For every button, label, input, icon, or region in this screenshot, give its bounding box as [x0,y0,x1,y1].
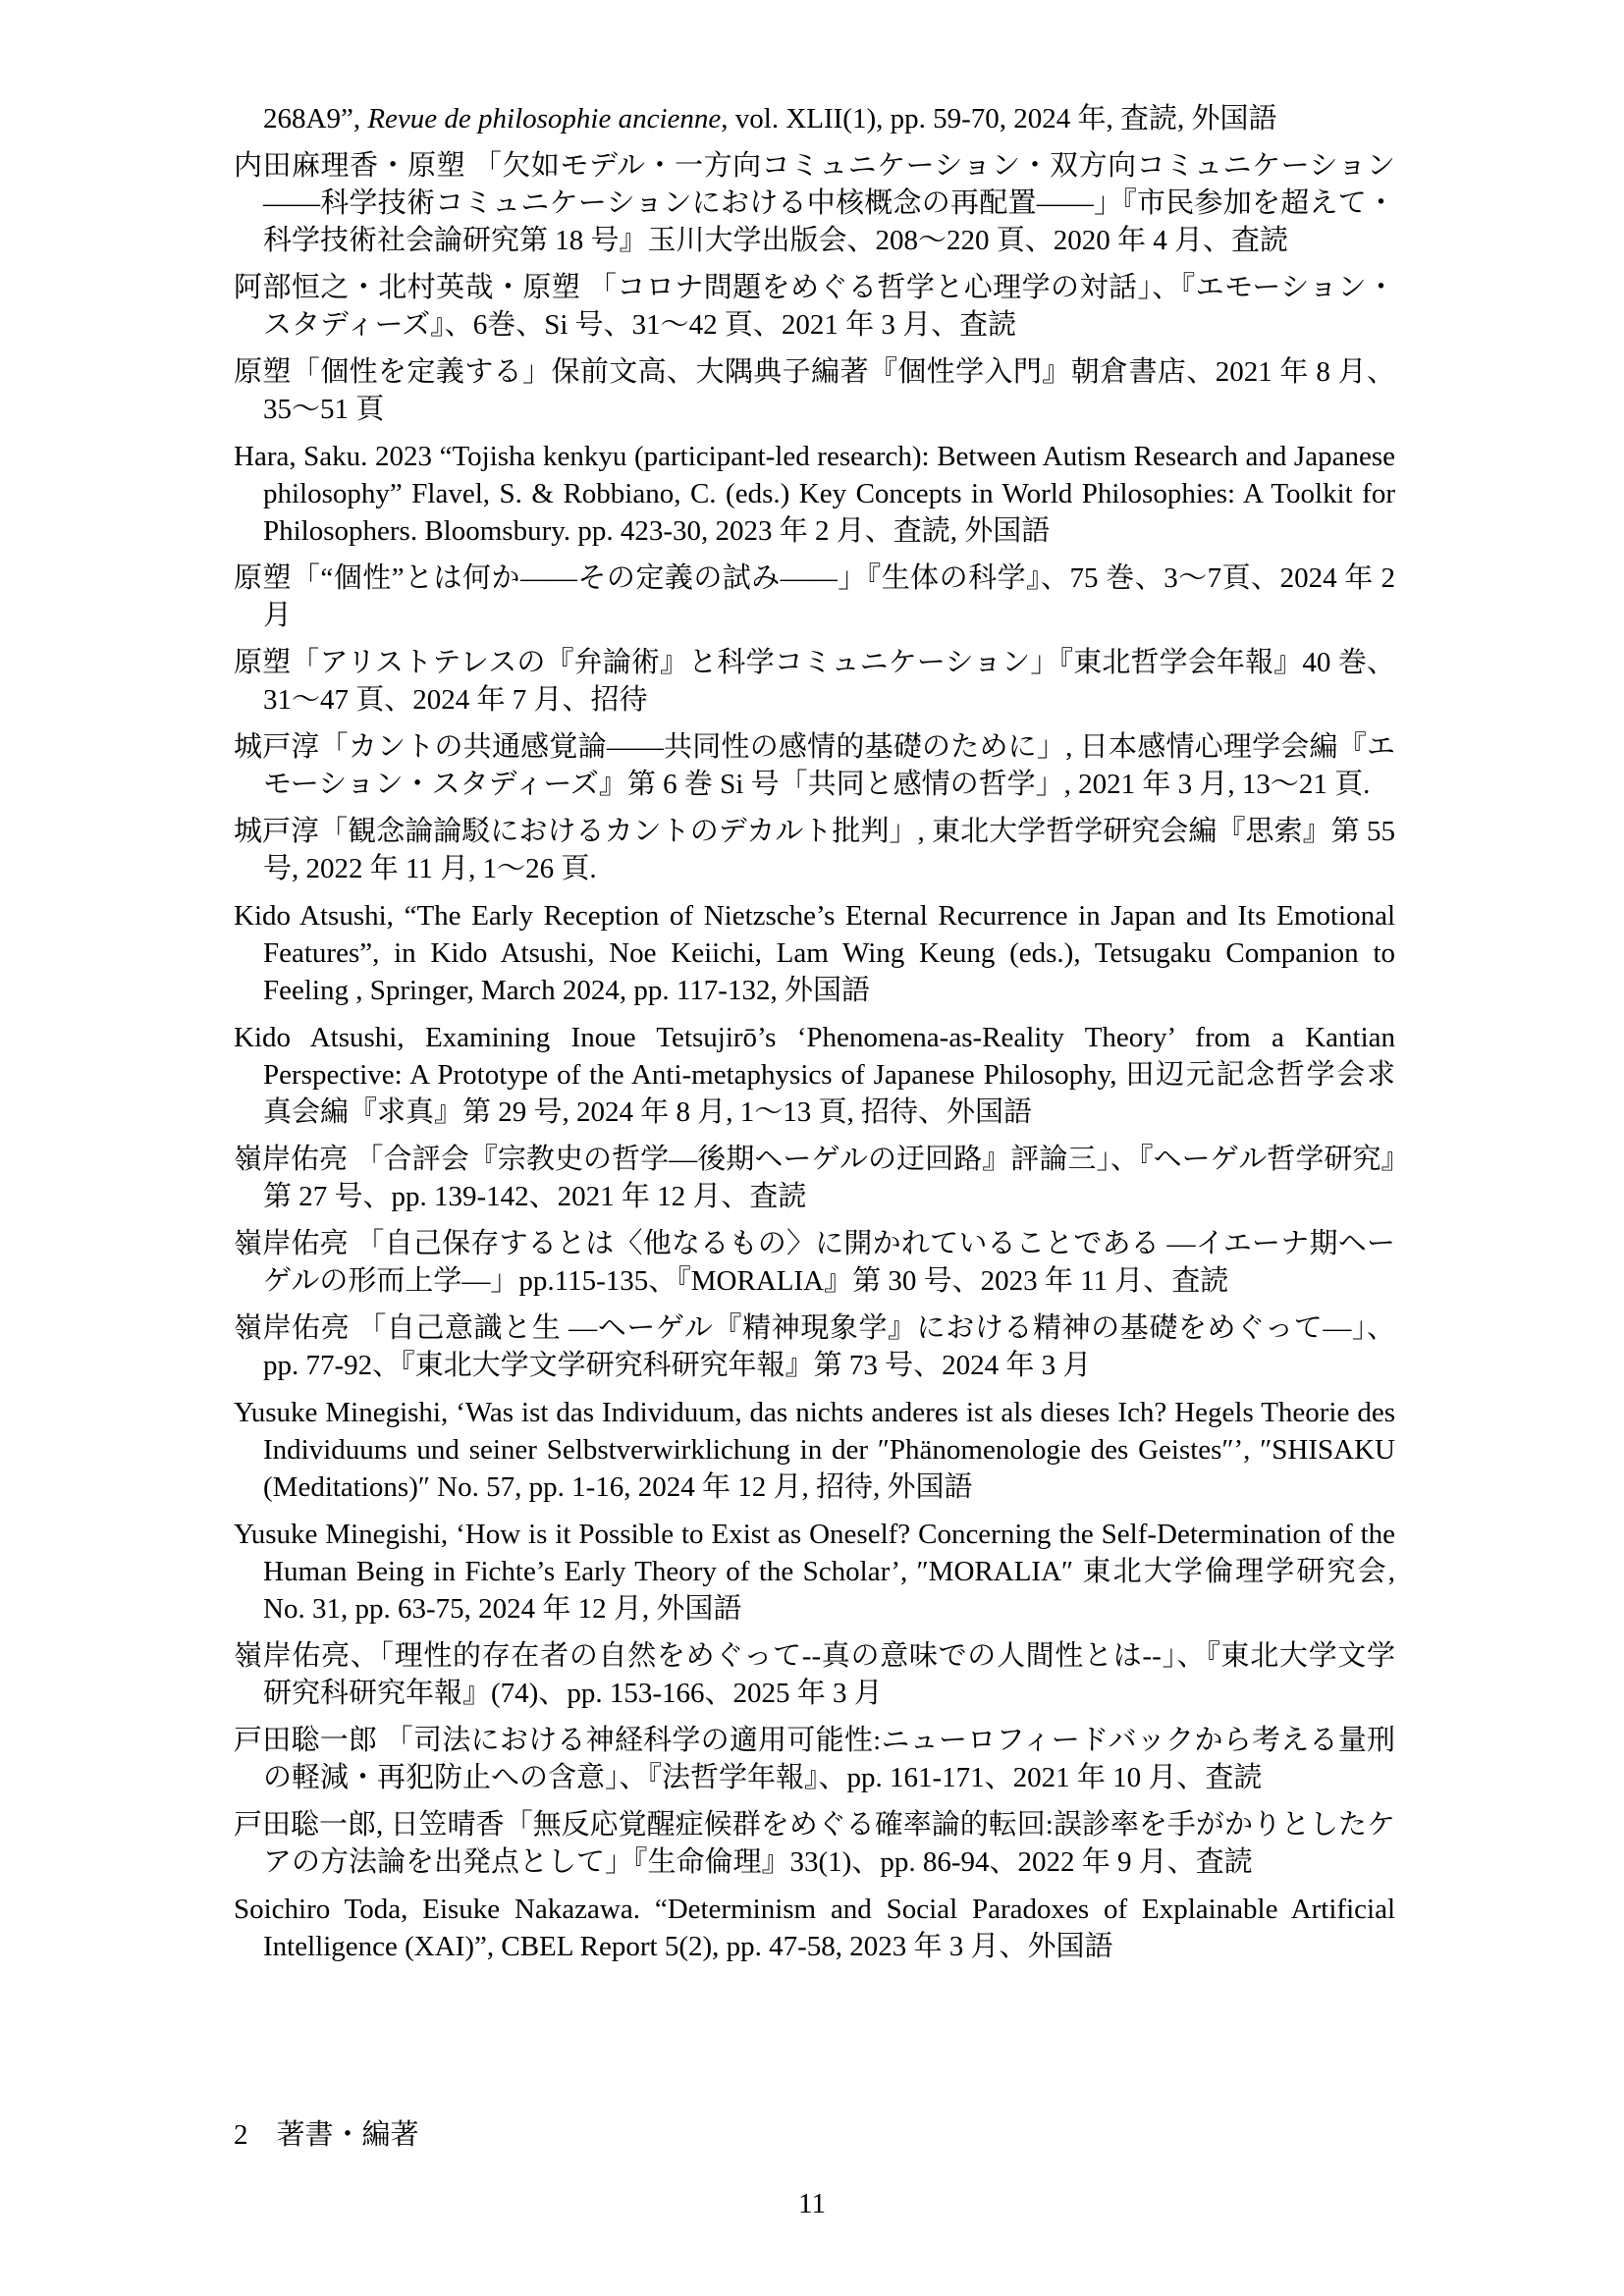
section-heading: 2 著書・編著 [234,2116,419,2154]
publication-entry: 阿部恒之・北村英哉・原塑 「コロナ問題をめぐる哲学と心理学の対話」、『エモーショ… [234,269,1395,344]
publication-entry: 嶺岸佑亮 「合評会『宗教史の哲学―後期ヘーゲルの迂回路』評論三」、『ヘーゲル哲学… [234,1141,1395,1215]
publication-list: 268A9”, Revue de philosophie ancienne, v… [234,100,1395,1975]
publication-entry: 原塑「個性を定義する」保前文高、大隅典子編著『個性学入門』朝倉書店、2021 年… [234,353,1395,428]
publication-entry: 内田麻理香・原塑 「欠如モデル・一方向コミュニケーション・双方向コミュニケーショ… [234,147,1395,259]
publication-entry: 戸田聡一郎, 日笠晴香「無反応覚醒症候群をめぐる確率論的転回:誤診率を手がかりと… [234,1806,1395,1881]
entry-text-pre: 268A9”, [263,103,367,134]
publication-entry: Kido Atsushi, Examining Inoue Tetsujirō’… [234,1019,1395,1131]
page-number: 11 [0,2185,1624,2222]
publication-entry: Hara, Saku. 2023 “Tojisha kenkyu (partic… [234,438,1395,550]
publication-entry: Yusuke Minegishi, ‘How is it Possible to… [234,1516,1395,1628]
publication-entry: Kido Atsushi, “The Early Reception of Ni… [234,897,1395,1009]
publication-entry: 戸田聡一郎 「司法における神経科学の適用可能性:ニューロフィードバックから考える… [234,1722,1395,1796]
publication-entry: 原塑「アリストテレスの『弁論術』と科学コミュニケーション」『東北哲学会年報』40… [234,644,1395,719]
journal-title-italic: Revue de philosophie ancienne [367,103,721,134]
publication-entry: 城戸淳「カントの共通感覚論――共同性の感情的基礎のために」, 日本感情心理学会編… [234,728,1395,803]
publication-entry: 嶺岸佑亮 「自己意識と生 ―ヘーゲル『精神現象学』における精神の基礎をめぐって―… [234,1309,1395,1384]
entry-text-post: , vol. XLII(1), pp. 59-70, 2024 年, 査読, 外… [721,103,1276,134]
publication-entry: Soichiro Toda, Eisuke Nakazawa. “Determi… [234,1891,1395,1965]
publication-entry: Yusuke Minegishi, ‘Was ist das Individuu… [234,1394,1395,1506]
publication-entry: 嶺岸佑亮、「理性的存在者の自然をめぐって--真の意味での人間性とは--」、『東北… [234,1637,1395,1712]
publication-entry: 原塑「“個性”とは何か――その定義の試み――」『生体の科学』、75 巻、3〜7頁… [234,560,1395,634]
publication-entry: 城戸淳「観念論論駁におけるカントのデカルト批判」, 東北大学哲学研究会編『思索』… [234,813,1395,887]
publication-entry: 嶺岸佑亮 「自己保存するとは〈他なるもの〉に開かれていることである ―イエーナ期… [234,1225,1395,1300]
document-page: 268A9”, Revue de philosophie ancienne, v… [0,0,1624,2296]
publication-entry: 268A9”, Revue de philosophie ancienne, v… [234,100,1395,137]
